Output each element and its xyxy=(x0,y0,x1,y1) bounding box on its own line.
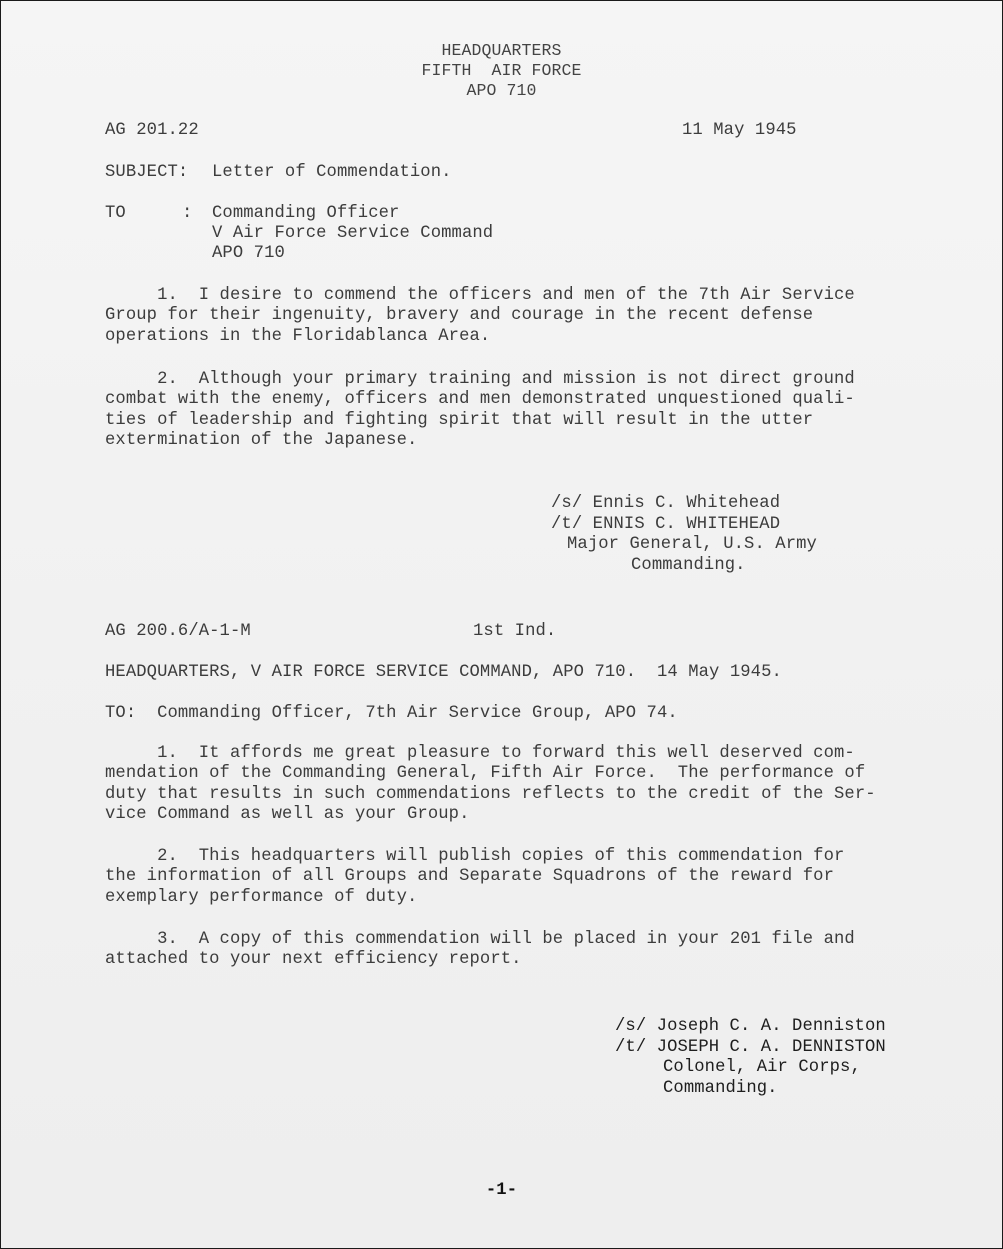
paragraph-line: attached to your next efficiency report. xyxy=(105,950,885,970)
letter-paragraph-1: 1. I desire to commend the officers and … xyxy=(105,286,885,347)
paragraph-line: duty that results in such commendations … xyxy=(105,785,895,805)
indorsement-header: HEADQUARTERS, V AIR FORCE SERVICE COMMAN… xyxy=(105,663,782,683)
subject-text: Letter of Commendation. xyxy=(212,163,452,183)
letterhead-line-2: FIFTH AIR FORCE xyxy=(1,61,1002,81)
paragraph-line: 3. A copy of this commendation will be p… xyxy=(105,930,885,950)
signer-title: Commanding. xyxy=(615,1079,886,1100)
indorsement-paragraph-2: 2. This headquarters will publish copies… xyxy=(105,847,885,908)
indorsement-paragraph-3: 3. A copy of this commendation will be p… xyxy=(105,930,885,971)
signed-name: /s/ Joseph C. A. Denniston xyxy=(615,1017,886,1038)
paragraph-line: 2. Although your primary training and mi… xyxy=(105,370,885,390)
indorsement-to: TO: Commanding Officer, 7th Air Service … xyxy=(105,704,678,724)
to-line-3: APO 710 xyxy=(212,244,285,264)
signature-block-2: /s/ Joseph C. A. Denniston /t/ JOSEPH C.… xyxy=(615,1017,886,1099)
typed-name: /t/ JOSEPH C. A. DENNISTON xyxy=(615,1038,886,1059)
to-line-1: Commanding Officer xyxy=(212,204,399,224)
to-line-2: V Air Force Service Command xyxy=(212,224,493,244)
letterhead-line-1: HEADQUARTERS xyxy=(1,41,1002,61)
paragraph-line: operations in the Floridablanca Area. xyxy=(105,327,885,347)
paragraph-line: mendation of the Commanding General, Fif… xyxy=(105,764,895,784)
letter-date: 11 May 1945 xyxy=(682,121,797,141)
page-number: -1- xyxy=(1,1181,1002,1201)
signer-rank: Major General, U.S. Army xyxy=(551,535,817,556)
paragraph-line: extermination of the Japanese. xyxy=(105,431,885,451)
paragraph-line: vice Command as well as your Group. xyxy=(105,805,895,825)
letterhead-line-3: APO 710 xyxy=(1,81,1002,101)
document-page: HEADQUARTERS FIFTH AIR FORCE APO 710 AG … xyxy=(0,0,1003,1249)
paragraph-line: 1. I desire to commend the officers and … xyxy=(105,286,885,306)
paragraph-line: combat with the enemy, officers and men … xyxy=(105,390,885,410)
paragraph-line: Group for their ingenuity, bravery and c… xyxy=(105,306,885,326)
indorsement-file-number: AG 200.6/A-1-M xyxy=(105,622,251,642)
paragraph-line: exemplary performance of duty. xyxy=(105,888,885,908)
indorsement-label: 1st Ind. xyxy=(473,622,556,642)
signer-title: Commanding. xyxy=(551,556,817,577)
subject-label: SUBJECT: xyxy=(105,163,188,183)
file-number: AG 201.22 xyxy=(105,121,199,141)
signed-name: /s/ Ennis C. Whitehead xyxy=(551,494,817,515)
indorsement-paragraph-1: 1. It affords me great pleasure to forwa… xyxy=(105,744,895,826)
typed-name: /t/ ENNIS C. WHITEHEAD xyxy=(551,515,817,536)
paragraph-line: the information of all Groups and Separa… xyxy=(105,867,885,887)
to-label: TO xyxy=(105,204,126,224)
paragraph-line: 2. This headquarters will publish copies… xyxy=(105,847,885,867)
paragraph-line: 1. It affords me great pleasure to forwa… xyxy=(105,744,895,764)
signer-rank: Colonel, Air Corps, xyxy=(615,1058,886,1079)
letter-paragraph-2: 2. Although your primary training and mi… xyxy=(105,370,885,452)
to-colon: : xyxy=(182,204,192,224)
paragraph-line: ties of leadership and fighting spirit t… xyxy=(105,411,885,431)
signature-block-1: /s/ Ennis C. Whitehead /t/ ENNIS C. WHIT… xyxy=(551,494,817,576)
